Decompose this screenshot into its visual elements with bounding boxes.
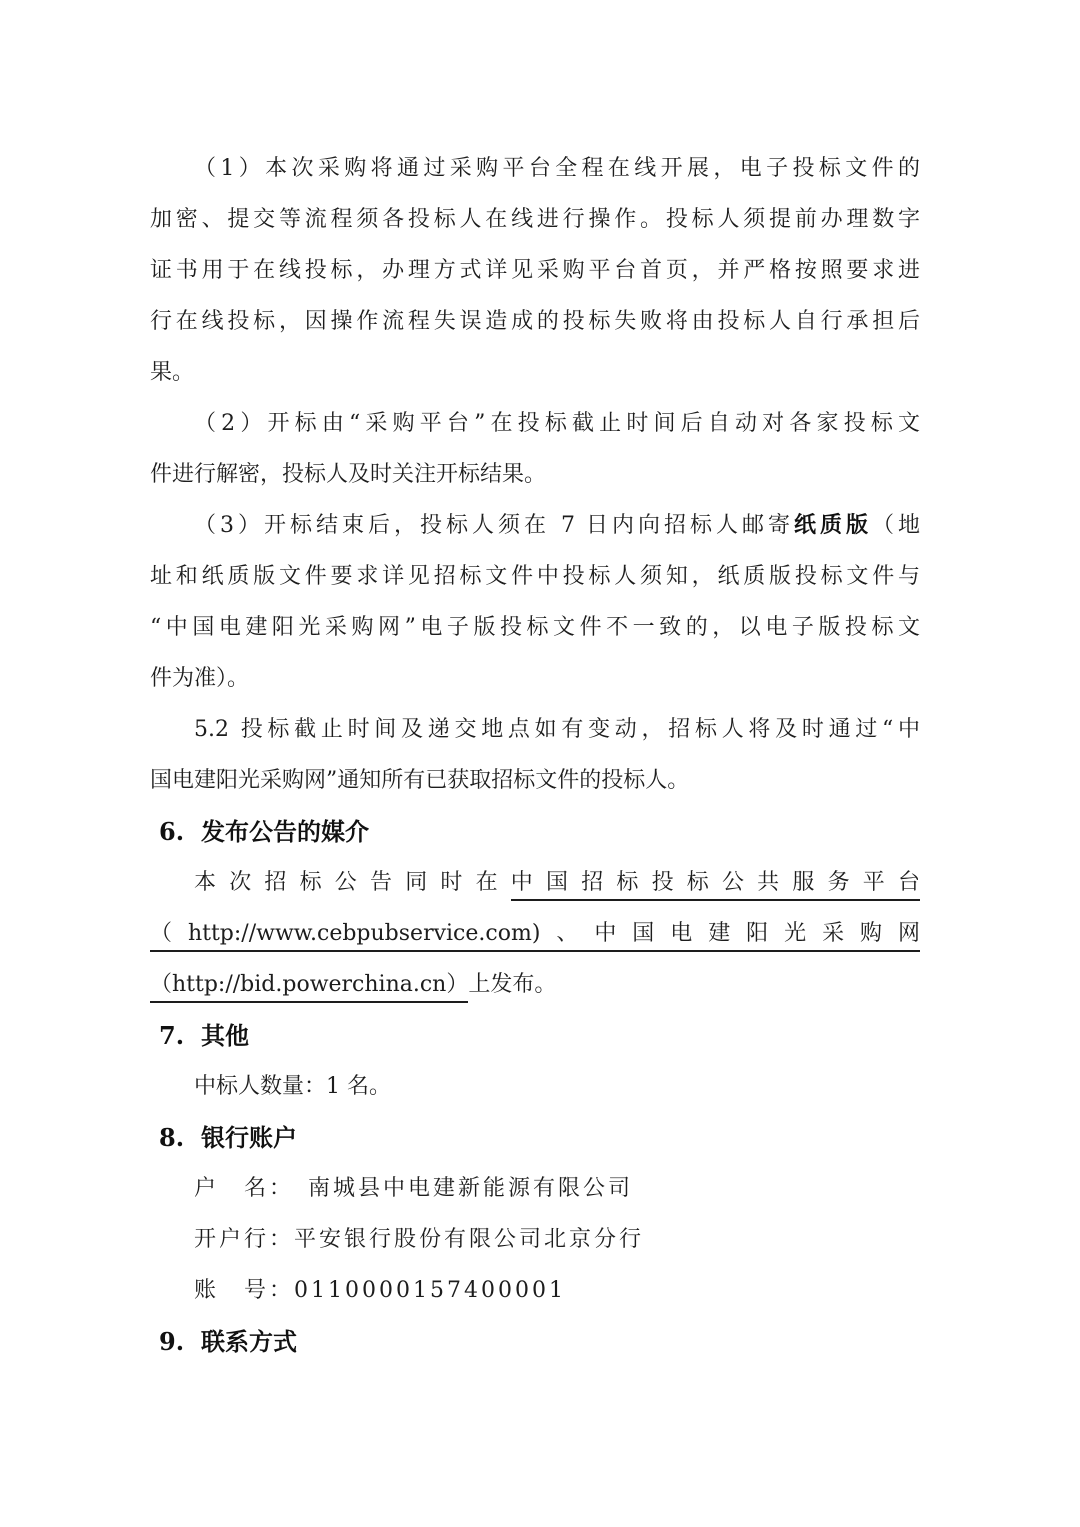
para3-line4: 件为准）。 — [150, 653, 920, 704]
link-cebpubservice-url[interactable]: （http://www.cebpubservice.com)、中国电建阳光采购网 — [150, 921, 920, 952]
para1-line1: （1）本次采购将通过采购平台全程在线开展，电子投标文件的 — [150, 143, 920, 194]
link-cebpubservice-platform[interactable]: 中国招标投标公共服务平台 — [511, 870, 920, 901]
heading-title: 联系方式 — [201, 1327, 297, 1356]
section-heading-media: 6.发布公告的媒介 — [150, 806, 920, 857]
media-line3: （http://bid.powerchina.cn）上发布。 — [150, 959, 920, 1010]
bank-branch-line: 开户行：平安银行股份有限公司北京分行 — [150, 1214, 920, 1265]
bank-account-name-line: 户 名： 南城县中电建新能源有限公司 — [150, 1163, 920, 1214]
text-segment: （地 — [872, 513, 920, 538]
heading-number: 7. — [150, 1010, 201, 1061]
para1-line4: 行在线投标，因操作流程失误造成的投标失败将由投标人自行承担后 — [150, 296, 920, 347]
para52-line1: 5.2 投标截止时间及递交地点如有变动，招标人将及时通过“中 — [150, 704, 920, 755]
heading-title: 银行账户 — [201, 1123, 297, 1152]
bold-paper-version-text: 纸质版 — [794, 512, 872, 538]
para2-line2: 件进行解密，投标人及时关注开标结果。 — [150, 449, 920, 500]
para1-line3: 证书用于在线投标，办理方式详见采购平台首页，并严格按照要求进 — [150, 245, 920, 296]
heading-title: 发布公告的媒介 — [201, 817, 369, 846]
media-line2: （http://www.cebpubservice.com)、中国电建阳光采购网 — [150, 908, 920, 959]
document-page: （1）本次采购将通过采购平台全程在线开展，电子投标文件的 加密、提交等流程须各投… — [0, 0, 1080, 1527]
para52-line2: 国电建阳光采购网”通知所有已获取招标文件的投标人。 — [150, 755, 920, 806]
text-segment: （3）开标结束后，投标人须在 7 日内向招标人邮寄 — [194, 513, 794, 538]
para1-line2: 加密、提交等流程须各投标人在线进行操作。投标人须提前办理数字 — [150, 194, 920, 245]
media-line1: 本次招标公告同时在中国招标投标公共服务平台 — [150, 857, 920, 908]
document-body: （1）本次采购将通过采购平台全程在线开展，电子投标文件的 加密、提交等流程须各投… — [150, 143, 920, 1367]
text-segment: 本次招标公告同时在 — [194, 870, 511, 895]
para1-line5: 果。 — [150, 347, 920, 398]
heading-number: 9. — [150, 1316, 201, 1367]
bank-account-number-line: 账 号：0110000157400001 — [150, 1265, 920, 1316]
para3-line2: 址和纸质版文件要求详见招标文件中投标人须知，纸质版投标文件与 — [150, 551, 920, 602]
para3-line3: “中国电建阳光采购网”电子版投标文件不一致的，以电子版投标文 — [150, 602, 920, 653]
para3-line1: （3）开标结束后，投标人须在 7 日内向招标人邮寄纸质版（地 — [150, 500, 920, 551]
section-heading-bank-account: 8.银行账户 — [150, 1112, 920, 1163]
winner-count-line: 中标人数量：1 名。 — [150, 1061, 920, 1112]
section-heading-contact: 9.联系方式 — [150, 1316, 920, 1367]
heading-number: 6. — [150, 806, 201, 857]
heading-title: 其他 — [201, 1021, 249, 1050]
heading-number: 8. — [150, 1112, 201, 1163]
link-powerchina-url[interactable]: （http://bid.powerchina.cn） — [150, 972, 468, 1003]
text-segment: 上发布。 — [468, 972, 556, 997]
section-heading-other: 7.其他 — [150, 1010, 920, 1061]
para2-line1: （2）开标由“采购平台”在投标截止时间后自动对各家投标文 — [150, 398, 920, 449]
